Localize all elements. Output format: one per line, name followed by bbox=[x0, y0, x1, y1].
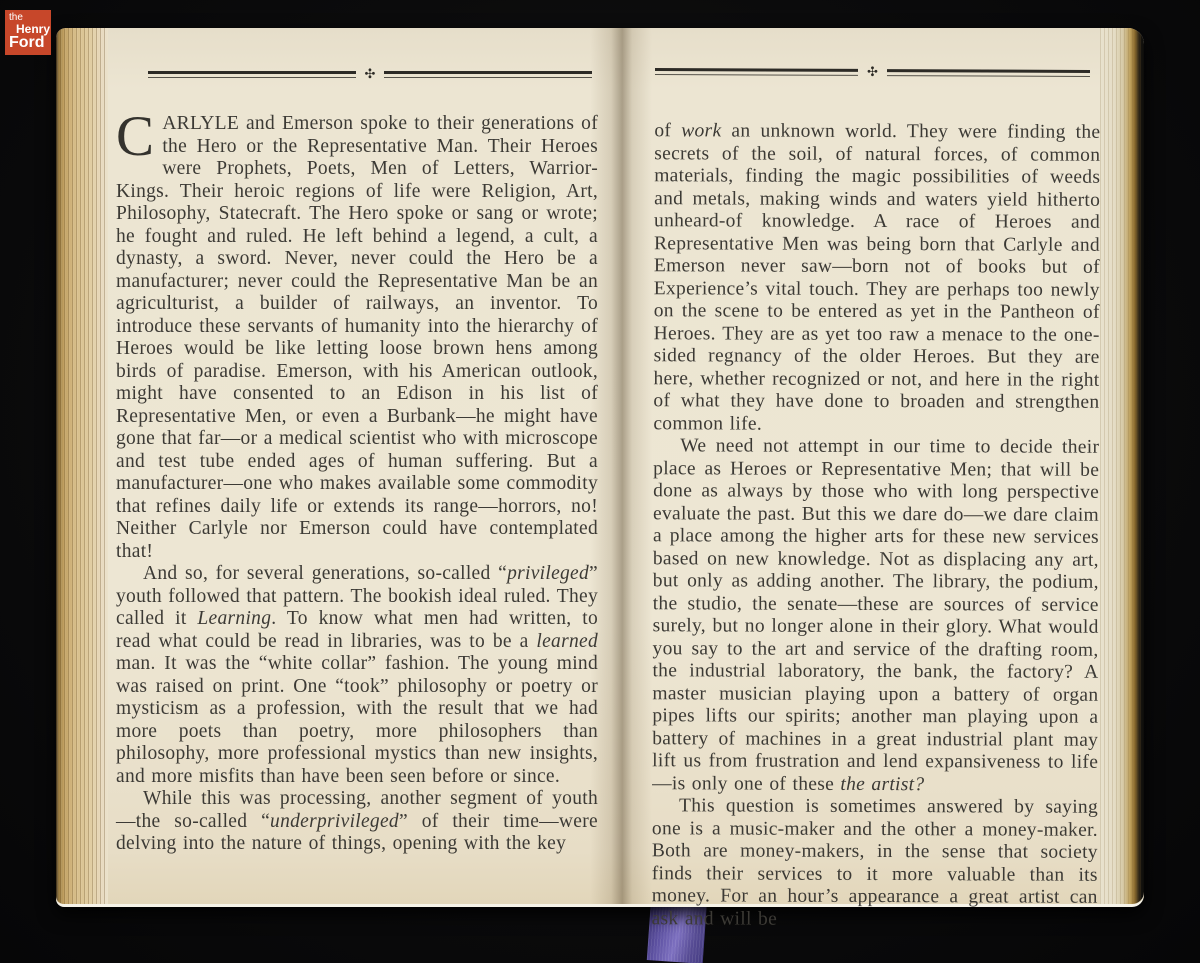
text-run: of bbox=[654, 120, 681, 141]
right-page-header-rule: ✣ bbox=[655, 65, 1090, 80]
text-run-italic: underprivileged bbox=[270, 811, 399, 832]
text-run-italic: privileged bbox=[507, 563, 589, 584]
text-run-italic: the artist? bbox=[840, 773, 924, 794]
right-page-text: of work an unknown world. They were find… bbox=[652, 120, 1101, 932]
open-book-spread: ✣ ✣ CARLYLE and Emerson spoke to their g… bbox=[56, 28, 1144, 907]
left-fore-edge-pages bbox=[56, 28, 108, 904]
header-rule-segment bbox=[384, 71, 592, 78]
text-run-italic: work bbox=[681, 120, 721, 141]
paragraph: CARLYLE and Emerson spoke to their gener… bbox=[116, 113, 598, 563]
henry-ford-logo: the Henry Ford bbox=[5, 10, 51, 55]
logo-word-ford: Ford bbox=[9, 35, 51, 51]
book-gutter-shadow bbox=[590, 28, 652, 904]
text-run-italic: Learning bbox=[197, 608, 271, 629]
header-rule-segment bbox=[887, 69, 1090, 77]
paragraph: of work an unknown world. They were find… bbox=[653, 120, 1100, 437]
left-page-header-rule: ✣ bbox=[148, 68, 592, 81]
floral-ornament-icon: ✣ bbox=[365, 68, 376, 81]
text-run: This question is sometimes answered by s… bbox=[652, 795, 1098, 929]
text-run: And so, for several generations, so-call… bbox=[143, 563, 507, 584]
header-rule-segment bbox=[148, 71, 356, 78]
paragraph: And so, for several generations, so-call… bbox=[116, 563, 598, 788]
paragraph: While this was processing, another segme… bbox=[116, 788, 598, 856]
text-run: ARLYLE and Emerson spoke to their genera… bbox=[116, 113, 598, 562]
paragraph: This question is sometimes answered by s… bbox=[652, 795, 1098, 932]
text-run: We need not attempt in our time to decid… bbox=[652, 435, 1099, 794]
paragraph: We need not attempt in our time to decid… bbox=[652, 435, 1099, 797]
text-run: man. It was the “white collar” fashion. … bbox=[116, 653, 598, 787]
header-rule-segment bbox=[655, 68, 858, 76]
right-fore-edge-pages bbox=[1100, 28, 1144, 904]
floral-ornament-icon: ✣ bbox=[867, 66, 878, 79]
text-run: an unknown world. They were finding the … bbox=[653, 120, 1100, 434]
text-run-italic: learned bbox=[536, 631, 598, 652]
left-page-text: CARLYLE and Emerson spoke to their gener… bbox=[116, 113, 598, 856]
drop-cap-letter: C bbox=[116, 113, 162, 159]
photo-background: ✣ ✣ CARLYLE and Emerson spoke to their g… bbox=[0, 0, 1200, 963]
